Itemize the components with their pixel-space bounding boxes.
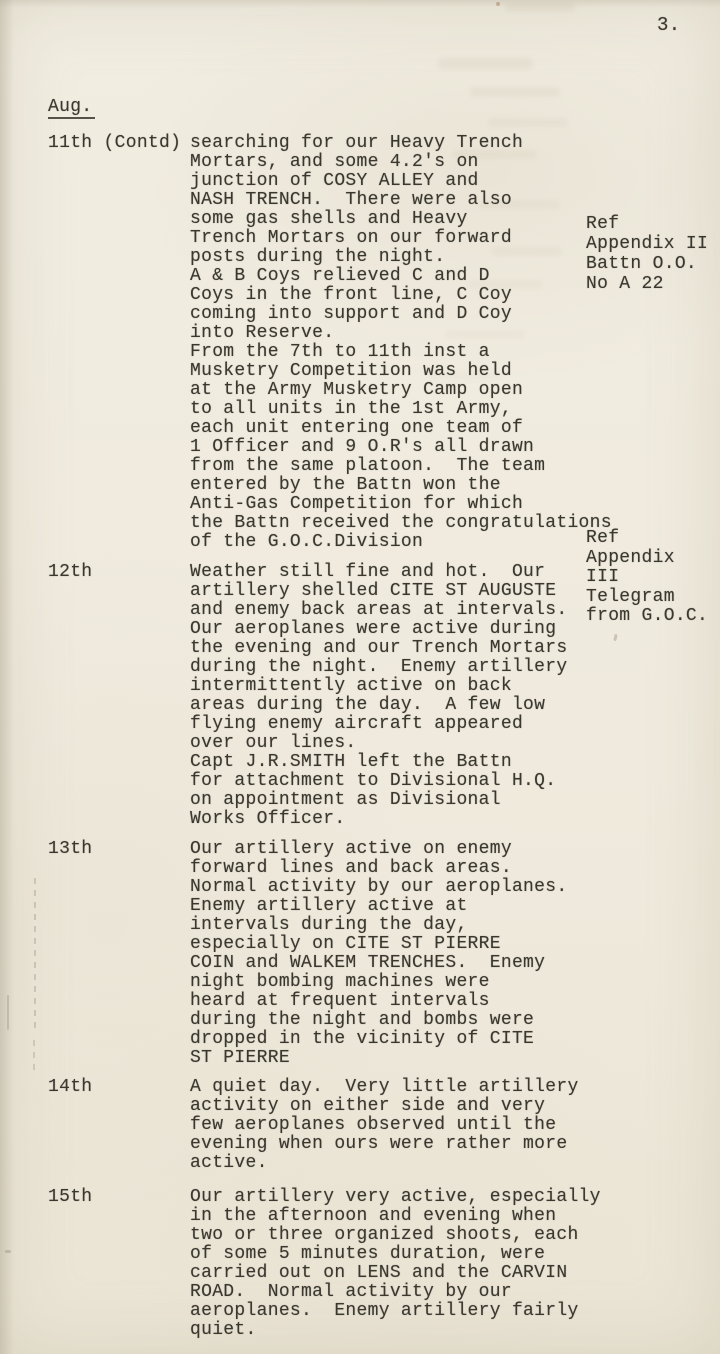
- page-number: 3.: [657, 15, 680, 35]
- ink-speck: [7, 995, 9, 1030]
- entry-body: A quiet day. Very little artillery activ…: [190, 1078, 579, 1173]
- document-page: 3. Aug. 11th (Contd) searching for our H…: [0, 0, 720, 1354]
- crease-line: [34, 878, 36, 1028]
- entry-date: 15th: [48, 1188, 92, 1207]
- entry-body: Weather still fine and hot. Our artiller…: [190, 563, 567, 829]
- entry-date: 13th: [48, 840, 92, 859]
- bleedthrough-mark: [438, 58, 533, 69]
- entry-body: searching for our Heavy Trench Mortars, …: [190, 134, 612, 552]
- ink-speck: [613, 634, 617, 641]
- margin-note-appendix-2: Ref Appendix II Battn O.O. No A 22: [586, 214, 708, 294]
- crease-line: [33, 1040, 35, 1070]
- bleedthrough-mark: [470, 87, 560, 97]
- entry-date: 12th: [48, 563, 92, 582]
- entry-body: Our artillery very active, especially in…: [190, 1188, 601, 1340]
- bleedthrough-mark: [505, 3, 575, 12]
- margin-note-appendix-3: Ref Appendix III Telegram from G.O.C.: [586, 529, 708, 627]
- month-heading: Aug.: [48, 98, 95, 119]
- entry-date: 14th: [48, 1078, 92, 1097]
- entry-body: Our artillery active on enemy forward li…: [190, 840, 567, 1068]
- ink-speck: [5, 1250, 11, 1253]
- ink-speck: [496, 2, 500, 6]
- page-edge-shade-top: [0, 0, 720, 8]
- page-edge-shade-left: [0, 0, 14, 1354]
- bleedthrough-mark: [488, 118, 568, 127]
- entry-date: 11th (Contd): [48, 134, 181, 153]
